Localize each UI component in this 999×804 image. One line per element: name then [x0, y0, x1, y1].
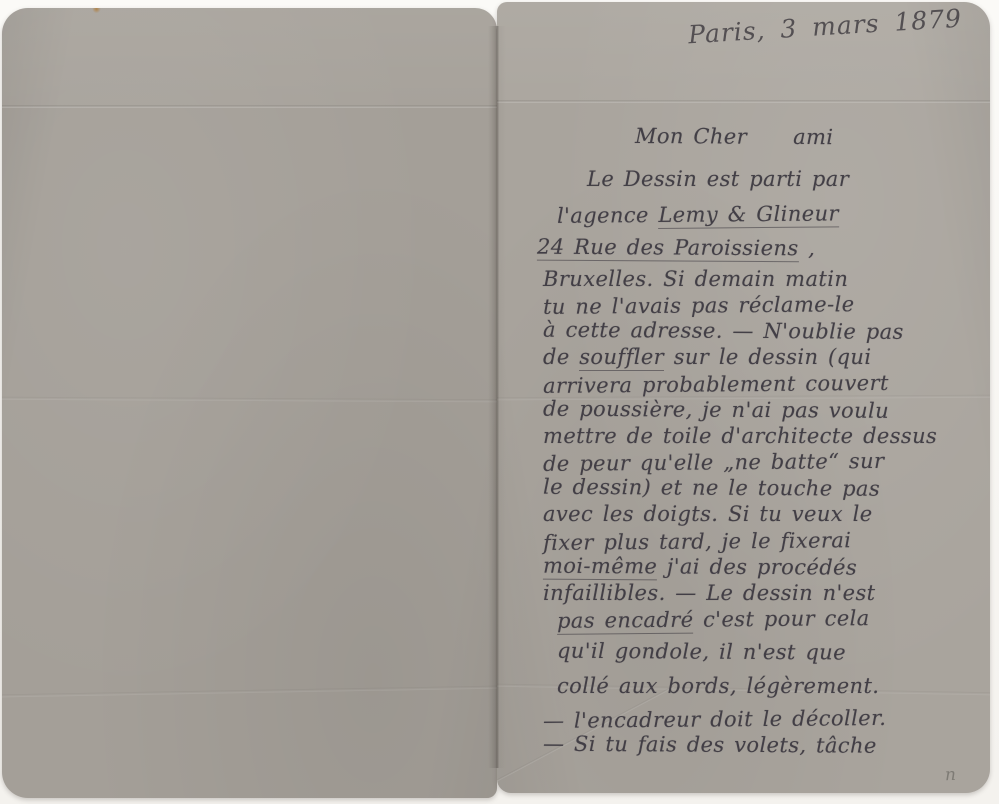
letter-line: tu ne l'avais pas réclame-le — [543, 290, 980, 320]
underlined-text: pas encadré — [557, 608, 694, 635]
letter-line: de souffler sur le dessin (qui — [543, 344, 980, 370]
fold-crease-top-right — [497, 100, 990, 103]
fold-crease-top-left — [2, 105, 497, 108]
letter-line: Le Dessin est parti par — [587, 166, 980, 192]
letter-line-address: 24 Rue des Paroissiens , — [537, 233, 980, 262]
letter-page-left-blank — [2, 8, 497, 798]
underlined-text: moi-même — [543, 553, 657, 580]
page-mark: n — [945, 765, 957, 785]
letter-line: — Si tu fais des volets, tâche — [543, 731, 980, 760]
letter-line: collé aux bords, légèrement. — [557, 673, 980, 699]
underlined-text: Lemy & Glineur — [658, 202, 839, 230]
underlined-text: souffler — [579, 345, 664, 371]
salutation-addressee: ami — [793, 125, 834, 149]
letter-line: mettre de toile d'architecte dessus — [543, 423, 980, 449]
letter-scan: Paris, 3 mars 1879 Mon Cherami Le Dessin… — [0, 0, 999, 804]
letter-line: arrivera probablement couvert — [543, 369, 980, 399]
salutation-line: Mon Cherami — [635, 123, 980, 151]
letter-line: de poussière, je n'ai pas voulu — [543, 395, 980, 424]
paper-stain — [92, 8, 101, 13]
letter-line: Bruxelles. Si demain matin — [543, 266, 980, 292]
fold-flap-tint — [2, 8, 497, 106]
letter-line: infaillibles. — Le dessin n'est — [543, 580, 980, 606]
letter-line: le dessin) et ne le touche pas — [543, 474, 980, 503]
letter-line: l'agence Lemy & Glineur — [557, 200, 980, 230]
letter-line: moi-même j'ai des procédés — [543, 552, 980, 581]
letter-body: Mon Cherami Le Dessin est parti par l'ag… — [543, 124, 980, 758]
letter-line: — l'encadreur doit le décoller. — [543, 704, 980, 734]
letter-line: fixer plus tard, je le fixerai — [543, 526, 980, 556]
fold-crease-bottom-left — [2, 686, 497, 698]
letter-line: à cette adresse. — N'oublie pas — [543, 317, 980, 346]
underlined-text: 24 Rue des Paroissiens — [537, 234, 799, 262]
letter-line: pas encadré c'est pour cela — [557, 604, 980, 634]
letter-line: avec les doigts. Si tu veux le — [543, 501, 980, 527]
letter-page-right: Paris, 3 mars 1879 Mon Cherami Le Dessin… — [497, 2, 990, 793]
dateline: Paris, 3 mars 1879 — [687, 4, 962, 50]
letter-line: qu'il gondole, il n'est que — [557, 638, 980, 667]
salutation-text: Mon Cher — [635, 124, 747, 149]
fold-crease-middle-left — [2, 397, 497, 403]
letter-line: de peur qu'elle „ne batte“ sur — [543, 447, 980, 477]
